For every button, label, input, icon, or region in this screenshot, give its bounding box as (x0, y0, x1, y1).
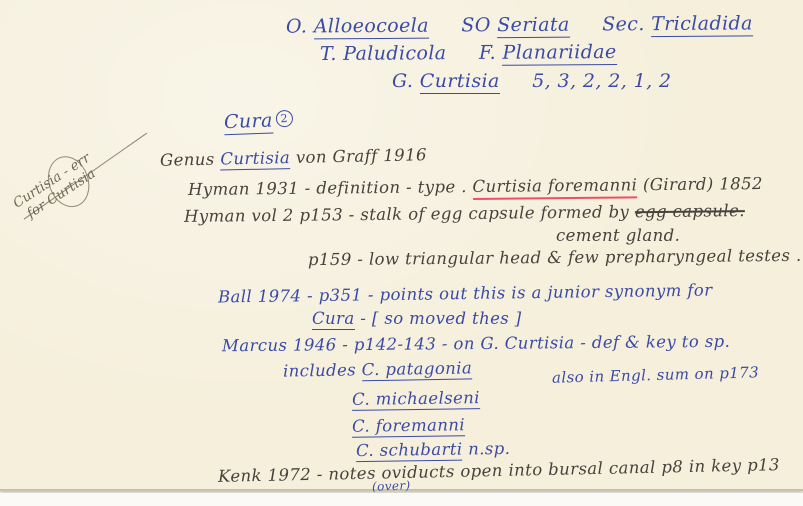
section-abbr: Sec. (602, 13, 645, 35)
scanner-background (0, 493, 803, 506)
includes-label: includes (283, 360, 356, 380)
over-note: (over) (372, 478, 411, 493)
cura-moved-line: Cura - [ so moved thes ] (312, 309, 522, 328)
order-name: Alloeocoela (314, 15, 429, 40)
genus-label: Genus (160, 150, 215, 170)
index-card: O. Alloeocoela SO Seriata Sec. Tricladid… (0, 0, 803, 491)
family-name: Planariidae (502, 41, 616, 66)
species-michaelseni: C. michaelseni (352, 388, 480, 411)
section-name: Tricladida (651, 12, 753, 37)
taxonomy-header-line1: O. Alloeocoela SO Seriata Sec. Tricladid… (286, 12, 753, 37)
p159-line: p159 - low triangular head & few prephar… (308, 246, 802, 269)
scanned-index-card-page: O. Alloeocoela SO Seriata Sec. Tricladid… (0, 0, 803, 506)
index-numbers: 5, 3, 2, 2, 1, 2 (532, 70, 671, 92)
cement-gland-correction: cement gland. (556, 226, 680, 245)
taxonomy-header-line2: T. Paludicola F. Planariidae (320, 41, 617, 65)
kenk-1972-line: Kenk 1972 - notes oviducts open into bur… (218, 455, 780, 486)
ball-1974-line: Ball 1974 - p351 - points out this is a … (218, 281, 713, 307)
cura-heading: Cura2 (224, 109, 294, 133)
hyman-vol2-line: Hyman vol 2 p153 - stalk of egg capsule … (184, 201, 745, 226)
type-species-authority: (Girard) 1852 (643, 174, 763, 194)
english-summary-note: also in Engl. sum on p173 (552, 363, 759, 386)
cura-moved-genus: Cura (312, 309, 355, 330)
species-patagonia: C. patagonia (362, 358, 473, 381)
type-species: Curtisia foremanni (472, 175, 637, 200)
tribe-abbr: T. (320, 43, 337, 65)
species-foremanni: C. foremanni (352, 415, 465, 438)
genus-authority: von Graff 1916 (296, 145, 427, 167)
superorder-name: Seriata (497, 14, 570, 39)
species-schubarti: C. schubarti (356, 440, 463, 462)
genus-abbr: G. (392, 70, 413, 92)
genus-line-name: Curtisia (220, 148, 290, 170)
marcus-1946-line: Marcus 1946 - p142-143 - on G. Curtisia … (222, 332, 730, 355)
includes-line: includes C. patagonia (283, 358, 472, 380)
cura-heading-word: Cura (224, 110, 274, 136)
hyman-vol2-text: Hyman vol 2 p153 - stalk of egg capsule … (184, 202, 629, 226)
superorder-abbr: SO (461, 14, 491, 36)
genus-line: Genus Curtisia von Graff 1916 (160, 145, 427, 170)
cura-moved-text: - [ so moved thes ] (360, 309, 521, 328)
struck-out-words: egg capsule. (635, 201, 745, 221)
order-abbr: O. (286, 15, 307, 37)
species-schubarti-suffix: n.sp. (468, 439, 510, 459)
taxonomy-header-line3: G. Curtisia 5, 3, 2, 2, 1, 2 (392, 70, 672, 92)
genus-name: Curtisia (420, 70, 500, 94)
family-abbr: F. (479, 42, 496, 64)
hyman-1931-line: Hyman 1931 - definition - type . Curtisi… (188, 174, 763, 199)
tribe-name: Paludicola (343, 42, 446, 65)
margin-note-line2: for Curtisia (19, 124, 162, 225)
margin-note: Curtisia - err for Curtisia (10, 111, 162, 225)
hyman-1931-text: Hyman 1931 - definition - type . (188, 177, 467, 199)
circled-number: 2 (275, 110, 293, 128)
species-schubarti-line: C. schubarti n.sp. (356, 439, 511, 460)
